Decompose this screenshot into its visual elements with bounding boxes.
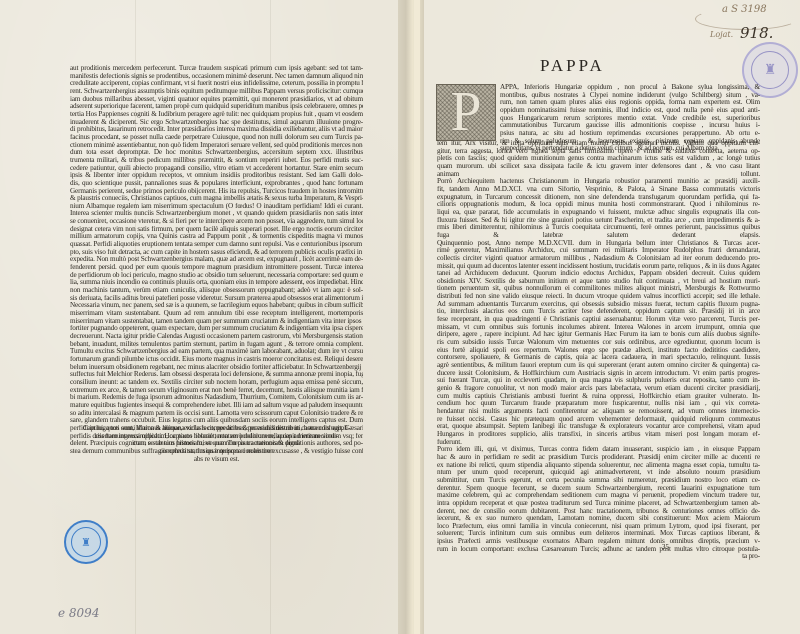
text-line: erat, quoque absumpsit. Septem Ianibegi … bbox=[437, 423, 760, 431]
text-line: aut proditionis mercedem perfecerunt. Tu… bbox=[70, 65, 363, 73]
text-line: ntum per unum quod receperunt, quicquid … bbox=[437, 469, 760, 477]
text-line: rent. Schwartzenbergius assumptis binis … bbox=[70, 88, 363, 96]
text-line: APPA, Inferioris Hungariæ oppidum , non … bbox=[500, 84, 760, 92]
text-line: Necessaria vinum, nec panem, sed sæ is a… bbox=[70, 302, 363, 310]
text-line: quos Hungaricarum rerum scriptores menti… bbox=[500, 115, 760, 123]
text-line: expugnatum, in Turcarum concessit dition… bbox=[437, 194, 760, 202]
text-line: diripere, agere , rapere incipiunt. Ad h… bbox=[437, 331, 760, 339]
page-title: PAPPA bbox=[540, 56, 605, 76]
text-line: fese receperant, in qua quadringenti è C… bbox=[437, 316, 760, 324]
text-line: consilium ineunt: ac tandem ex. Sextilis… bbox=[70, 379, 363, 387]
text-line: bi marium. Redemis de fuga ipsorum admon… bbox=[70, 394, 363, 402]
text-line: trumenta militari, & tribus pedicum mill… bbox=[70, 157, 363, 165]
text-line: rum in locum comportant: exclusa Cæsarea… bbox=[437, 546, 760, 554]
decorated-initial: P bbox=[436, 84, 496, 141]
left-page-closing-text: Captiui, quos omni diuina & humana viola… bbox=[70, 425, 363, 463]
text-line: oppidum nominatissimi fuisse nominis, il… bbox=[500, 107, 760, 115]
text-line: quassat. Perfidi aliquoties eruptionem t… bbox=[70, 241, 363, 249]
text-line: fluxura fuisset. Sed & hi igitur rite si… bbox=[437, 217, 760, 225]
text-line: bebant, inuadunt, milites temulentos par… bbox=[70, 341, 363, 349]
text-line: sui fuerant Turcæ, qui in eccleverti qua… bbox=[437, 377, 760, 385]
text-line: fortunarum grandi pilumbe ictus occidit.… bbox=[70, 356, 363, 364]
text-line: so aditu intercalasi & magnum partem iis… bbox=[70, 410, 363, 418]
shelfmark-bottom: e 8094 bbox=[58, 606, 99, 620]
text-line: intra oppidum receperat et quæ postea tr… bbox=[437, 500, 760, 508]
text-line: Ad summam aduentantis Turcarum exercitus… bbox=[437, 301, 760, 309]
text-line: contorsere, spoliauere, & Germanis de ca… bbox=[437, 354, 760, 362]
text-line: cilioris oppugnationis modum, & loca opp… bbox=[437, 201, 760, 209]
text-line: derent, nec de consilio eorum dubitarent… bbox=[437, 508, 760, 516]
text-line: loco Præfectum, eius omni familia in vin… bbox=[437, 523, 760, 531]
text-line: fuga & latebræ salutem dederant elapsis. bbox=[437, 232, 760, 240]
text-line: soluerent; Turcis infinitum cum suis omn… bbox=[437, 530, 760, 538]
text-line: fenderent persid. quod per eum quouis te… bbox=[70, 264, 363, 272]
text-line: fuderunt. bbox=[437, 439, 760, 447]
text-line: mature equitibus fugientes insequi & com… bbox=[70, 402, 363, 410]
text-line: lem itur, Arx visitur, & iuxta oppidum s… bbox=[437, 140, 760, 148]
text-line: Germanis perierent, sedue primos pericul… bbox=[70, 188, 363, 196]
text-line: credulitate acciperent, copias confirman… bbox=[70, 80, 363, 88]
text-line: tio, interclusis alacrius eos cum Turcis… bbox=[437, 308, 760, 316]
text-line: facinus procedant, se posset nulla caede… bbox=[70, 134, 363, 142]
text-line: collectis circiter viginti quatuor armat… bbox=[437, 255, 760, 263]
text-line: Porrò Archiequitem hactenus Christianoru… bbox=[437, 178, 760, 186]
text-line: cum multis captiuis Christianis ambusti … bbox=[437, 393, 760, 401]
text-line: ipsius Præfecti armis vestibusque exorna… bbox=[437, 538, 760, 546]
text-line: tionem peruentum sit, quibus nonnullorum… bbox=[437, 285, 760, 293]
text-line: quam murorum. ubi scilicet saxa dissipat… bbox=[437, 163, 760, 171]
text-line: Quinquennio post, Anno nempe M.D.XCVII. … bbox=[437, 240, 760, 248]
text-line: animam tollunt. bbox=[437, 171, 760, 179]
text-line: de perfidiorum ob loci periculo, magno s… bbox=[70, 272, 363, 280]
text-line: fit, tandem Anno M.D.XCI. vna cum Sifort… bbox=[437, 186, 760, 194]
text-line: maxime celebrem, qui ac comprehendam sed… bbox=[437, 492, 760, 500]
text-line: complectitur, fusius interpretari nobis … bbox=[70, 448, 363, 456]
text-line: derentur. Spem quoque fecerunt, se ducem… bbox=[437, 485, 760, 493]
library-stamp-blue: ♜ bbox=[64, 520, 108, 564]
page-number: 35 bbox=[662, 543, 669, 551]
text-line: missam, vt cum omnibus suis fortunis inc… bbox=[437, 324, 760, 332]
text-line: miserrimam vitam sustentabant. Quum ad r… bbox=[70, 310, 363, 318]
text-line: re fuisset occisi. Casus hic prætequam q… bbox=[437, 416, 760, 424]
text-line: ex natione ibi relicti, quum stipendia a… bbox=[437, 462, 760, 470]
text-line: rum, non tamen quam plures alias eius re… bbox=[500, 99, 760, 107]
text-line: eius fortè aliquid spoli eos repertum. W… bbox=[437, 347, 760, 355]
text-line: dum tota esset depromptæ. De hoc monitus… bbox=[70, 149, 363, 157]
text-line: missit, qui quum ad ducentos latenter es… bbox=[437, 263, 760, 271]
text-line: tertia Hos Pappienses cogniti & Iudibriu… bbox=[70, 111, 363, 119]
text-line: iecerunt, & ex suo numero quendam, Lamot… bbox=[437, 515, 760, 523]
text-line: iam duobus millaribus abesset, viginti q… bbox=[70, 96, 363, 104]
text-line: distributi fed non sine valido eiusque r… bbox=[437, 293, 760, 301]
text-line: belum inuersum obsidionem regebant, nec … bbox=[70, 364, 363, 372]
text-line: psius natura, ac situ ad hostium reprime… bbox=[500, 130, 760, 138]
text-line: submittitur, cum Turcis egerunt, et cert… bbox=[437, 477, 760, 485]
drop-cap-letter: P bbox=[437, 81, 495, 143]
page-edge bbox=[414, 0, 420, 634]
text-line: ipsis & libenter inter oppidum receptos,… bbox=[70, 172, 363, 180]
text-line: di prohibitus, Iauarinum retrocedit. Int… bbox=[70, 126, 363, 134]
text-line: pto, suis viso fuit detracta, ac cum cap… bbox=[70, 249, 363, 257]
text-line: sis deriuata, facilis aditus breui patef… bbox=[70, 295, 363, 303]
text-line: ctam e sub eius historiam, vt quæ non pa… bbox=[70, 440, 363, 448]
right-page-body-text: lem itur, Arx visitur, & iuxta oppidum s… bbox=[437, 140, 760, 561]
text-line: suffectus fuit Melchior Rederus. Iam obs… bbox=[70, 371, 363, 379]
text-line: Captiui, quos omni diuina & humana viola… bbox=[70, 425, 363, 433]
text-line: agrè sentientibus, & militum fauori erep… bbox=[437, 362, 760, 370]
text-line: hac & auro in perfidiam re sedit ac præs… bbox=[437, 454, 760, 462]
text-line: liqui ea, quæ pararat, fide accumulatis … bbox=[437, 209, 760, 217]
text-line: extremum ex arce, & tamen secum vliginos… bbox=[70, 387, 363, 395]
text-line: pletis con fasciis; quod quidem munition… bbox=[437, 155, 760, 163]
text-line: sare, glandem trahens occubuit. Eius leg… bbox=[70, 417, 363, 425]
text-line: se conueniret, occasione vteretur, & si … bbox=[70, 218, 363, 226]
text-line: cedere patiuntur, quili abiecto propagan… bbox=[70, 165, 363, 173]
text-line: decreuerunt. Nacta igitur pridie Calenda… bbox=[70, 333, 363, 341]
text-line: genio & fragore conuolitur, vt non modò … bbox=[437, 385, 760, 393]
text-line: fortiter pugnando oppeterent, quam expec… bbox=[70, 325, 363, 333]
text-line: rimè gereretur, Maximilianus Archidux, c… bbox=[437, 247, 760, 255]
text-line: & plaustris conueciis, Christianos capti… bbox=[70, 195, 363, 203]
text-line: designat cetera vim non satis firmum, pe… bbox=[70, 226, 363, 234]
text-line: miserrimam vitam sustentabat, tamen tand… bbox=[70, 318, 363, 326]
text-line: ctionem minimè assentiebantur, non quò f… bbox=[70, 142, 363, 150]
shelfmark-number: 918. bbox=[740, 24, 773, 42]
text-line: abs re visum est. bbox=[70, 456, 363, 464]
text-line: Tumultu excitus Schwartzenbergius ad eam… bbox=[70, 348, 363, 356]
shelfmark-prefix: Lojat. bbox=[710, 30, 733, 39]
text-line: ris cum subsidio iussis Turcæ Walonum vi… bbox=[437, 339, 760, 347]
text-line: cammutationibus Turcarum gaucisse illis … bbox=[500, 122, 760, 130]
text-line: nium Albamque regalem iam miserrimum spe… bbox=[70, 203, 363, 211]
text-line: dis, quo scientique pussit, pannaliones … bbox=[70, 180, 363, 188]
text-line: manifestis defectionis signis se prodent… bbox=[70, 73, 363, 81]
text-line: Interea scienter multis nunciis Schwartz… bbox=[70, 210, 363, 218]
text-line: Porro idem illi, qui, vt diximus, Turcas… bbox=[437, 446, 760, 454]
text-line: non machinis tantum, verùm etiam cunicul… bbox=[70, 287, 363, 295]
text-line: expedita. Non multò post Schwartzenbergi… bbox=[70, 256, 363, 264]
text-line: ducere iussit Colonitsium, & Hoffkirchiu… bbox=[437, 370, 760, 378]
text-line: Hungaros in proditores supplicio, aliis … bbox=[437, 431, 760, 439]
text-line: obsidionis XIV. Sextilis de saburrum ini… bbox=[437, 278, 760, 286]
left-page-body-text: aut proditionis mercedem perfecerunt. Tu… bbox=[70, 65, 363, 455]
document-spread: aut proditionis mercedem perfecerunt. Tu… bbox=[0, 0, 800, 634]
text-line: lia, summa niuis incendio ea continuis p… bbox=[70, 279, 363, 287]
castle-icon: ♜ bbox=[71, 527, 101, 557]
text-line: ciis fuerunt excarnificati. Hoc pacto ne… bbox=[70, 433, 363, 441]
text-line: rmis liberi dimitterentur, nihilominus à… bbox=[437, 224, 760, 232]
text-line: inuaderent & diciperent. Sic ergo Schwar… bbox=[70, 119, 363, 127]
text-line: millium armatorum copijs, vna Quinis cas… bbox=[70, 233, 363, 241]
text-line: hendantur nisi multis arguments facti co… bbox=[437, 408, 760, 416]
text-line: adserent superiorique facerent, tamen pr… bbox=[70, 103, 363, 111]
text-line: gitur, terra aggesta, lorica vero lignea… bbox=[437, 148, 760, 156]
book-gutter bbox=[398, 0, 424, 634]
text-line: tanei ad Archiducem deducunt. Quorum ind… bbox=[437, 270, 760, 278]
text-line: cendium hoc quum Turcarum fraude præpara… bbox=[437, 400, 760, 408]
text-line: ta pro- bbox=[437, 553, 760, 561]
text-line: montibus, quibus nostrates à Clypei nomi… bbox=[500, 92, 760, 100]
